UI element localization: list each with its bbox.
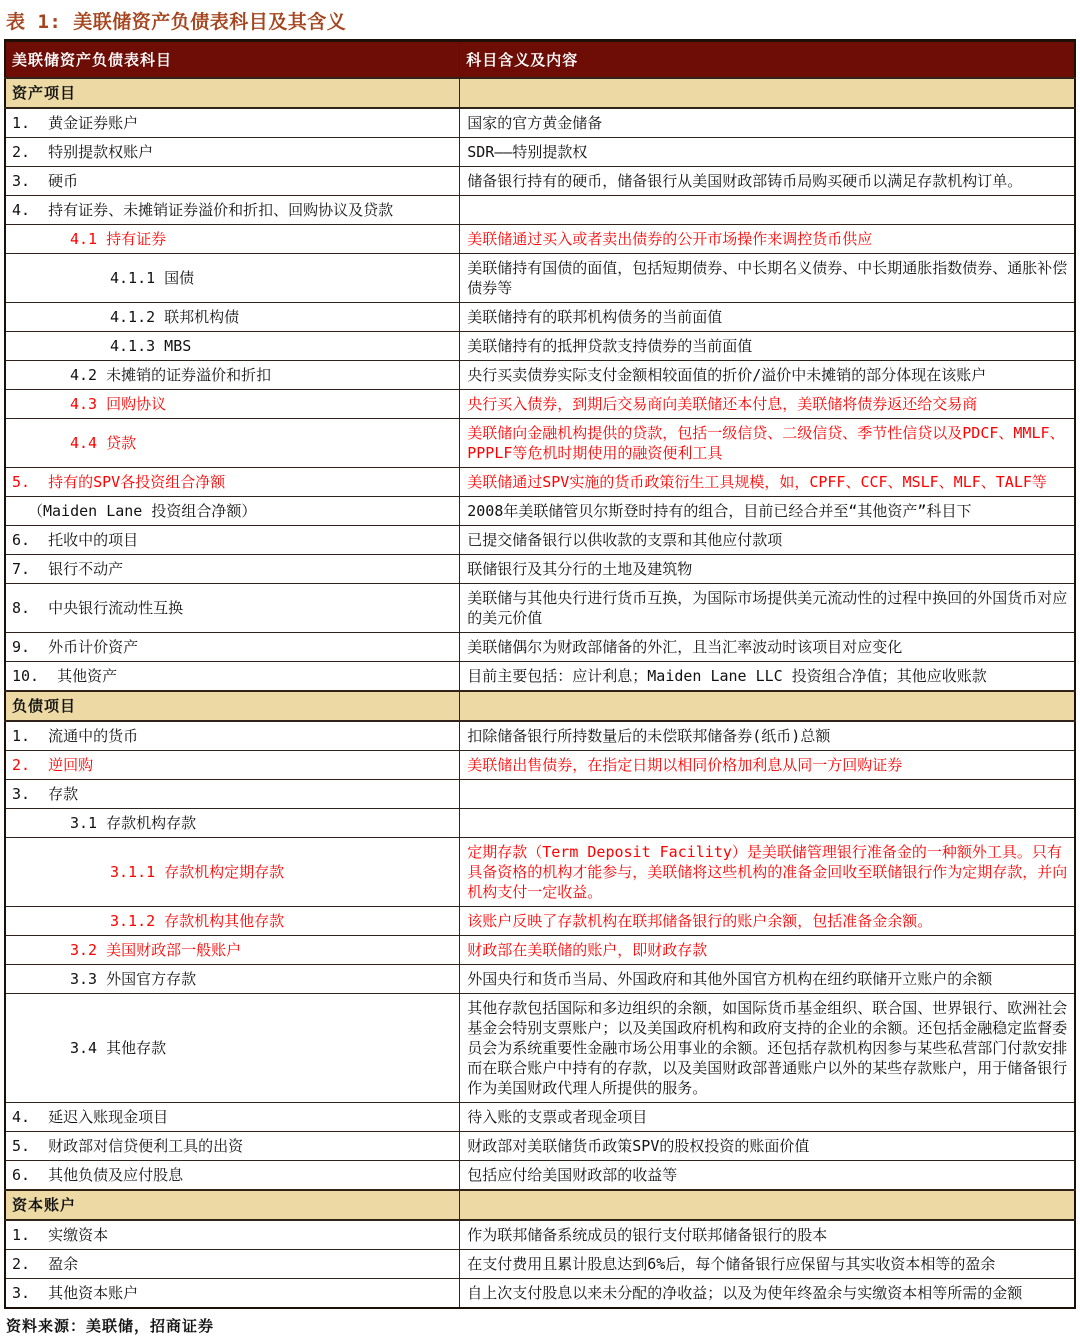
desc-cell: 美联储持有的联邦机构债务的当前面值 xyxy=(460,303,1075,332)
item-cell: 3.4 其他存款 xyxy=(5,994,460,1103)
desc-cell: 2008年美联储管贝尔斯登时持有的组合，目前已经合并至“其他资产”科目下 xyxy=(460,497,1075,526)
desc-cell: 作为联邦储备系统成员的银行支付联邦储备银行的股本 xyxy=(460,1220,1075,1250)
item-cell: 4.1.1 国债 xyxy=(5,254,460,303)
desc-cell: 在支付费用且累计股息达到6%后，每个储备银行应保留与其实收资本相等的盈余 xyxy=(460,1250,1075,1279)
table-row: 4.1.3 MBS美联储持有的抵押贷款支持债券的当前面值 xyxy=(5,332,1075,361)
table-row: 1. 实缴资本作为联邦储备系统成员的银行支付联邦储备银行的股本 xyxy=(5,1220,1075,1250)
desc-cell: 央行买卖债券实际支付金额相较面值的折价/溢价中未摊销的部分体现在该账户 xyxy=(460,361,1075,390)
item-cell: 5. 持有的SPV各投资组合净额 xyxy=(5,468,460,497)
item-cell: 7. 银行不动产 xyxy=(5,555,460,584)
item-cell: 3. 存款 xyxy=(5,780,460,809)
source-note: 资料来源：美联储，招商证券 xyxy=(4,1309,1076,1340)
item-cell: 4. 延迟入账现金项目 xyxy=(5,1103,460,1132)
table-row: 4.2 未摊销的证券溢价和折扣央行买卖债券实际支付金额相较面值的折价/溢价中未摊… xyxy=(5,361,1075,390)
desc-cell: 定期存款（Term Deposit Facility）是美联储管理银行准备金的一… xyxy=(460,838,1075,907)
item-cell: 3.1.1 存款机构定期存款 xyxy=(5,838,460,907)
table-row: 4.4 贷款美联储向金融机构提供的贷款，包括一级信贷、二级信贷、季节性信贷以及P… xyxy=(5,419,1075,468)
item-cell: 4. 持有证券、未摊销证券溢价和折扣、回购协议及贷款 xyxy=(5,196,460,225)
desc-cell: 扣除储备银行所持数量后的未偿联邦储备券(纸币)总额 xyxy=(460,721,1075,751)
item-cell: 6. 其他负债及应付股息 xyxy=(5,1161,460,1191)
table-row: 2. 逆回购美联储出售债券，在指定日期以相同价格加利息从同一方回购证券 xyxy=(5,751,1075,780)
item-cell: 4.4 贷款 xyxy=(5,419,460,468)
item-cell: 3. 硬币 xyxy=(5,167,460,196)
desc-cell: 其他存款包括国际和多边组织的余额，如国际货币基金组织、联合国、世界银行、欧洲社会… xyxy=(460,994,1075,1103)
desc-cell: 美联储偶尔为财政部储备的外汇，且当汇率波动时该项目对应变化 xyxy=(460,633,1075,662)
section-row: 负债项目 xyxy=(5,691,1075,721)
item-cell: 5. 财政部对信贷便利工具的出资 xyxy=(5,1132,460,1161)
table-row: 2. 盈余在支付费用且累计股息达到6%后，每个储备银行应保留与其实收资本相等的盈… xyxy=(5,1250,1075,1279)
desc-cell: 美联储通过SPV实施的货币政策衍生工具规模，如，CPFF、CCF、MSLF、ML… xyxy=(460,468,1075,497)
item-cell: 3.3 外国官方存款 xyxy=(5,965,460,994)
item-cell: 4.2 未摊销的证券溢价和折扣 xyxy=(5,361,460,390)
item-cell: 4.1 持有证券 xyxy=(5,225,460,254)
table-row: 4.1 持有证券美联储通过买入或者卖出债券的公开市场操作来调控货币供应 xyxy=(5,225,1075,254)
table-row: 3. 存款 xyxy=(5,780,1075,809)
desc-cell: 该账户反映了存款机构在联邦储备银行的账户余额，包括准备金余额。 xyxy=(460,907,1075,936)
desc-cell: 联储银行及其分行的土地及建筑物 xyxy=(460,555,1075,584)
desc-cell: 美联储向金融机构提供的贷款，包括一级信贷、二级信贷、季节性信贷以及PDCF、MM… xyxy=(460,419,1075,468)
table-row: 3.3 外国官方存款外国央行和货币当局、外国政府和其他外国官方机构在纽约联储开立… xyxy=(5,965,1075,994)
section-label-cell: 资产项目 xyxy=(5,78,460,108)
table-row: 5. 持有的SPV各投资组合净额美联储通过SPV实施的货币政策衍生工具规模，如，… xyxy=(5,468,1075,497)
desc-cell: SDR——特别提款权 xyxy=(460,138,1075,167)
desc-cell: 美联储持有的抵押贷款支持债券的当前面值 xyxy=(460,332,1075,361)
item-cell: 8. 中央银行流动性互换 xyxy=(5,584,460,633)
table-row: 9. 外币计价资产美联储偶尔为财政部储备的外汇，且当汇率波动时该项目对应变化 xyxy=(5,633,1075,662)
table-row: 3.1.2 存款机构其他存款该账户反映了存款机构在联邦储备银行的账户余额，包括准… xyxy=(5,907,1075,936)
table-row: 3.1 存款机构存款 xyxy=(5,809,1075,838)
desc-cell: 自上次支付股息以来未分配的净收益；以及为使年终盈余与实缴资本相等所需的金额 xyxy=(460,1279,1075,1309)
desc-cell xyxy=(460,1190,1075,1220)
item-cell: 4.1.3 MBS xyxy=(5,332,460,361)
table-row: 4.3 回购协议央行买入债券，到期后交易商向美联储还本付息，美联储将债券返还给交… xyxy=(5,390,1075,419)
desc-cell xyxy=(460,196,1075,225)
desc-cell: 目前主要包括：应计利息；Maiden Lane LLC 投资组合净值；其他应收账… xyxy=(460,662,1075,692)
table-row: 5. 财政部对信贷便利工具的出资财政部对美联储货币政策SPV的股权投资的账面价值 xyxy=(5,1132,1075,1161)
table-row: 4.1.2 联邦机构债美联储持有的联邦机构债务的当前面值 xyxy=(5,303,1075,332)
desc-cell: 央行买入债券，到期后交易商向美联储还本付息，美联储将债券返还给交易商 xyxy=(460,390,1075,419)
table-row: 1. 黄金证券账户国家的官方黄金储备 xyxy=(5,108,1075,138)
section-row: 资本账户 xyxy=(5,1190,1075,1220)
desc-cell xyxy=(460,809,1075,838)
table-row: 4. 持有证券、未摊销证券溢价和折扣、回购协议及贷款 xyxy=(5,196,1075,225)
section-row: 资产项目 xyxy=(5,78,1075,108)
section-label-cell: 负债项目 xyxy=(5,691,460,721)
desc-cell: 美联储与其他央行进行货币互换，为国际市场提供美元流动性的过程中换回的外国货币对应… xyxy=(460,584,1075,633)
desc-cell: 储备银行持有的硬币，储备银行从美国财政部铸币局购买硬币以满足存款机构订单。 xyxy=(460,167,1075,196)
item-cell: 3.1 存款机构存款 xyxy=(5,809,460,838)
desc-cell: 财政部对美联储货币政策SPV的股权投资的账面价值 xyxy=(460,1132,1075,1161)
desc-cell xyxy=(460,78,1075,108)
table-row: 4. 延迟入账现金项目待入账的支票或者现金项目 xyxy=(5,1103,1075,1132)
item-cell: 3.1.2 存款机构其他存款 xyxy=(5,907,460,936)
item-cell: 6. 托收中的项目 xyxy=(5,526,460,555)
section-label-cell: 资本账户 xyxy=(5,1190,460,1220)
desc-cell: 国家的官方黄金储备 xyxy=(460,108,1075,138)
desc-cell: 外国央行和货币当局、外国政府和其他外国官方机构在纽约联储开立账户的余额 xyxy=(460,965,1075,994)
item-cell: 10. 其他资产 xyxy=(5,662,460,692)
item-cell: 1. 黄金证券账户 xyxy=(5,108,460,138)
column-header-meaning: 科目含义及内容 xyxy=(460,41,1075,79)
table-row: 3.2 美国财政部一般账户财政部在美联储的账户，即财政存款 xyxy=(5,936,1075,965)
balance-sheet-table: 美联储资产负债表科目 科目含义及内容 资产项目1. 黄金证券账户国家的官方黄金储… xyxy=(4,39,1076,1309)
item-cell: 2. 盈余 xyxy=(5,1250,460,1279)
table-row: 4.1.1 国债美联储持有国债的面值，包括短期债券、中长期名义债券、中长期通胀指… xyxy=(5,254,1075,303)
item-cell: 1. 实缴资本 xyxy=(5,1220,460,1250)
table-row: 10. 其他资产目前主要包括：应计利息；Maiden Lane LLC 投资组合… xyxy=(5,662,1075,692)
table-row: 3. 其他资本账户自上次支付股息以来未分配的净收益；以及为使年终盈余与实缴资本相… xyxy=(5,1279,1075,1309)
table-row: 3.4 其他存款其他存款包括国际和多边组织的余额，如国际货币基金组织、联合国、世… xyxy=(5,994,1075,1103)
desc-cell: 财政部在美联储的账户，即财政存款 xyxy=(460,936,1075,965)
item-cell: 4.3 回购协议 xyxy=(5,390,460,419)
table-title: 表 1: 美联储资产负债表科目及其含义 xyxy=(4,5,1076,39)
item-cell: 3.2 美国财政部一般账户 xyxy=(5,936,460,965)
table-row: 3. 硬币储备银行持有的硬币，储备银行从美国财政部铸币局购买硬币以满足存款机构订… xyxy=(5,167,1075,196)
item-cell: 2. 特别提款权账户 xyxy=(5,138,460,167)
table-row: 6. 其他负债及应付股息包括应付给美国财政部的收益等 xyxy=(5,1161,1075,1191)
item-cell: （Maiden Lane 投资组合净额） xyxy=(5,497,460,526)
table-row: 1. 流通中的货币扣除储备银行所持数量后的未偿联邦储备券(纸币)总额 xyxy=(5,721,1075,751)
item-cell: 1. 流通中的货币 xyxy=(5,721,460,751)
table-row: 7. 银行不动产联储银行及其分行的土地及建筑物 xyxy=(5,555,1075,584)
table-row: 3.1.1 存款机构定期存款定期存款（Term Deposit Facility… xyxy=(5,838,1075,907)
desc-cell: 包括应付给美国财政部的收益等 xyxy=(460,1161,1075,1191)
table-row: 8. 中央银行流动性互换美联储与其他央行进行货币互换，为国际市场提供美元流动性的… xyxy=(5,584,1075,633)
item-cell: 9. 外币计价资产 xyxy=(5,633,460,662)
table-row: （Maiden Lane 投资组合净额）2008年美联储管贝尔斯登时持有的组合，… xyxy=(5,497,1075,526)
desc-cell xyxy=(460,780,1075,809)
table-row: 2. 特别提款权账户SDR——特别提款权 xyxy=(5,138,1075,167)
table-row: 6. 托收中的项目已提交储备银行以供收款的支票和其他应付款项 xyxy=(5,526,1075,555)
item-cell: 2. 逆回购 xyxy=(5,751,460,780)
header-row: 美联储资产负债表科目 科目含义及内容 xyxy=(5,41,1075,79)
table-body: 资产项目1. 黄金证券账户国家的官方黄金储备2. 特别提款权账户SDR——特别提… xyxy=(5,78,1075,1308)
item-cell: 4.1.2 联邦机构债 xyxy=(5,303,460,332)
item-cell: 3. 其他资本账户 xyxy=(5,1279,460,1309)
column-header-items: 美联储资产负债表科目 xyxy=(5,41,460,79)
desc-cell: 美联储通过买入或者卖出债券的公开市场操作来调控货币供应 xyxy=(460,225,1075,254)
desc-cell xyxy=(460,691,1075,721)
desc-cell: 待入账的支票或者现金项目 xyxy=(460,1103,1075,1132)
desc-cell: 已提交储备银行以供收款的支票和其他应付款项 xyxy=(460,526,1075,555)
report-page: 表 1: 美联储资产负债表科目及其含义 美联储资产负债表科目 科目含义及内容 资… xyxy=(0,0,1080,1340)
desc-cell: 美联储出售债券，在指定日期以相同价格加利息从同一方回购证券 xyxy=(460,751,1075,780)
desc-cell: 美联储持有国债的面值，包括短期债券、中长期名义债券、中长期通胀指数债券、通胀补偿… xyxy=(460,254,1075,303)
